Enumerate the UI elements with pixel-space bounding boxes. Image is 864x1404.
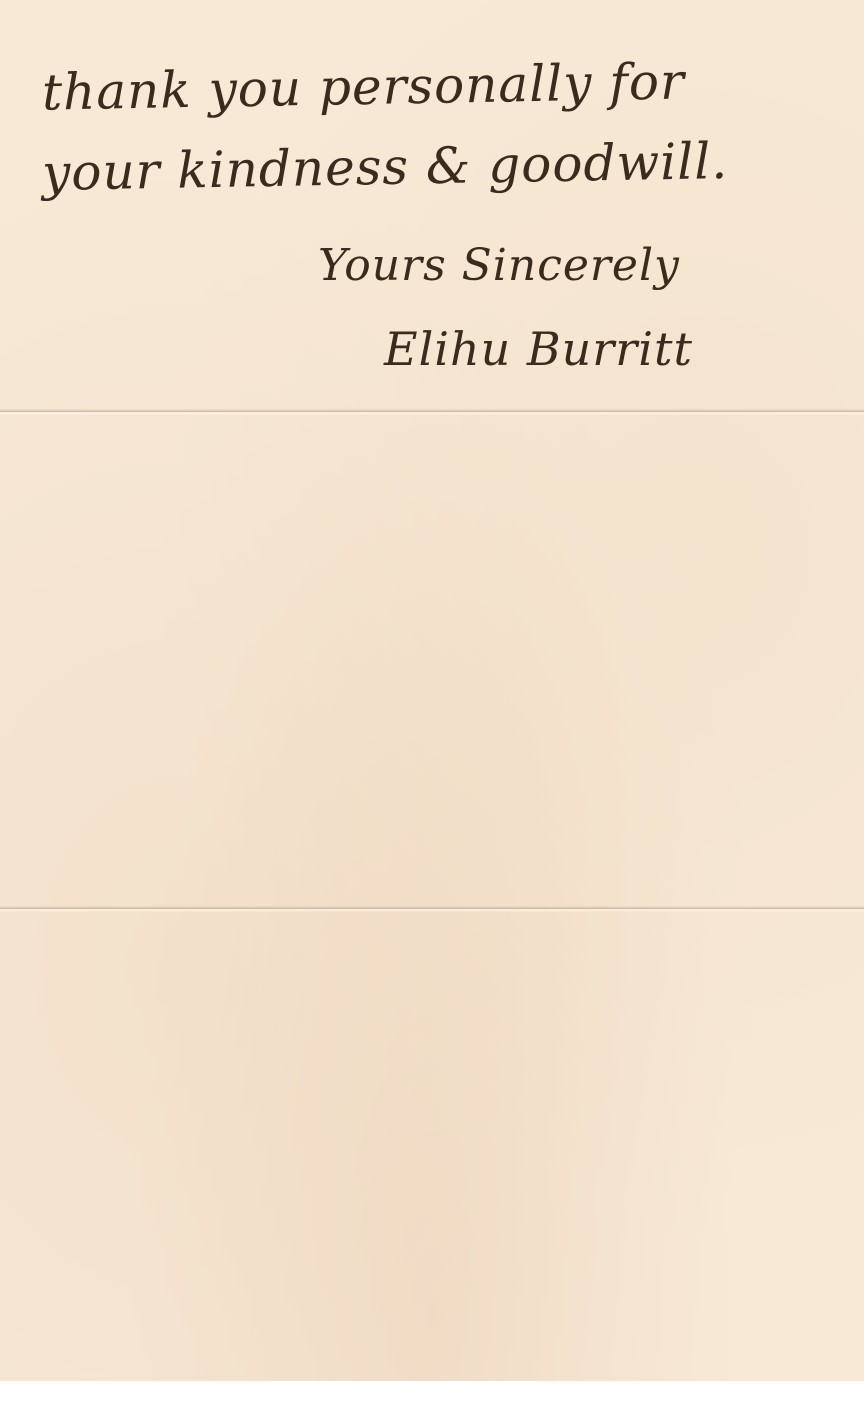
letter-line-2: your kindness & goodwill. <box>42 132 729 202</box>
fold-line-upper <box>0 409 864 415</box>
letter-page: thank you personally for your kindness &… <box>0 0 864 1381</box>
fold-line-lower <box>0 906 864 912</box>
signature: Elihu Burritt <box>384 322 693 376</box>
letter-line-1: thank you personally for <box>42 52 686 121</box>
closing: Yours Sincerely <box>318 240 680 291</box>
